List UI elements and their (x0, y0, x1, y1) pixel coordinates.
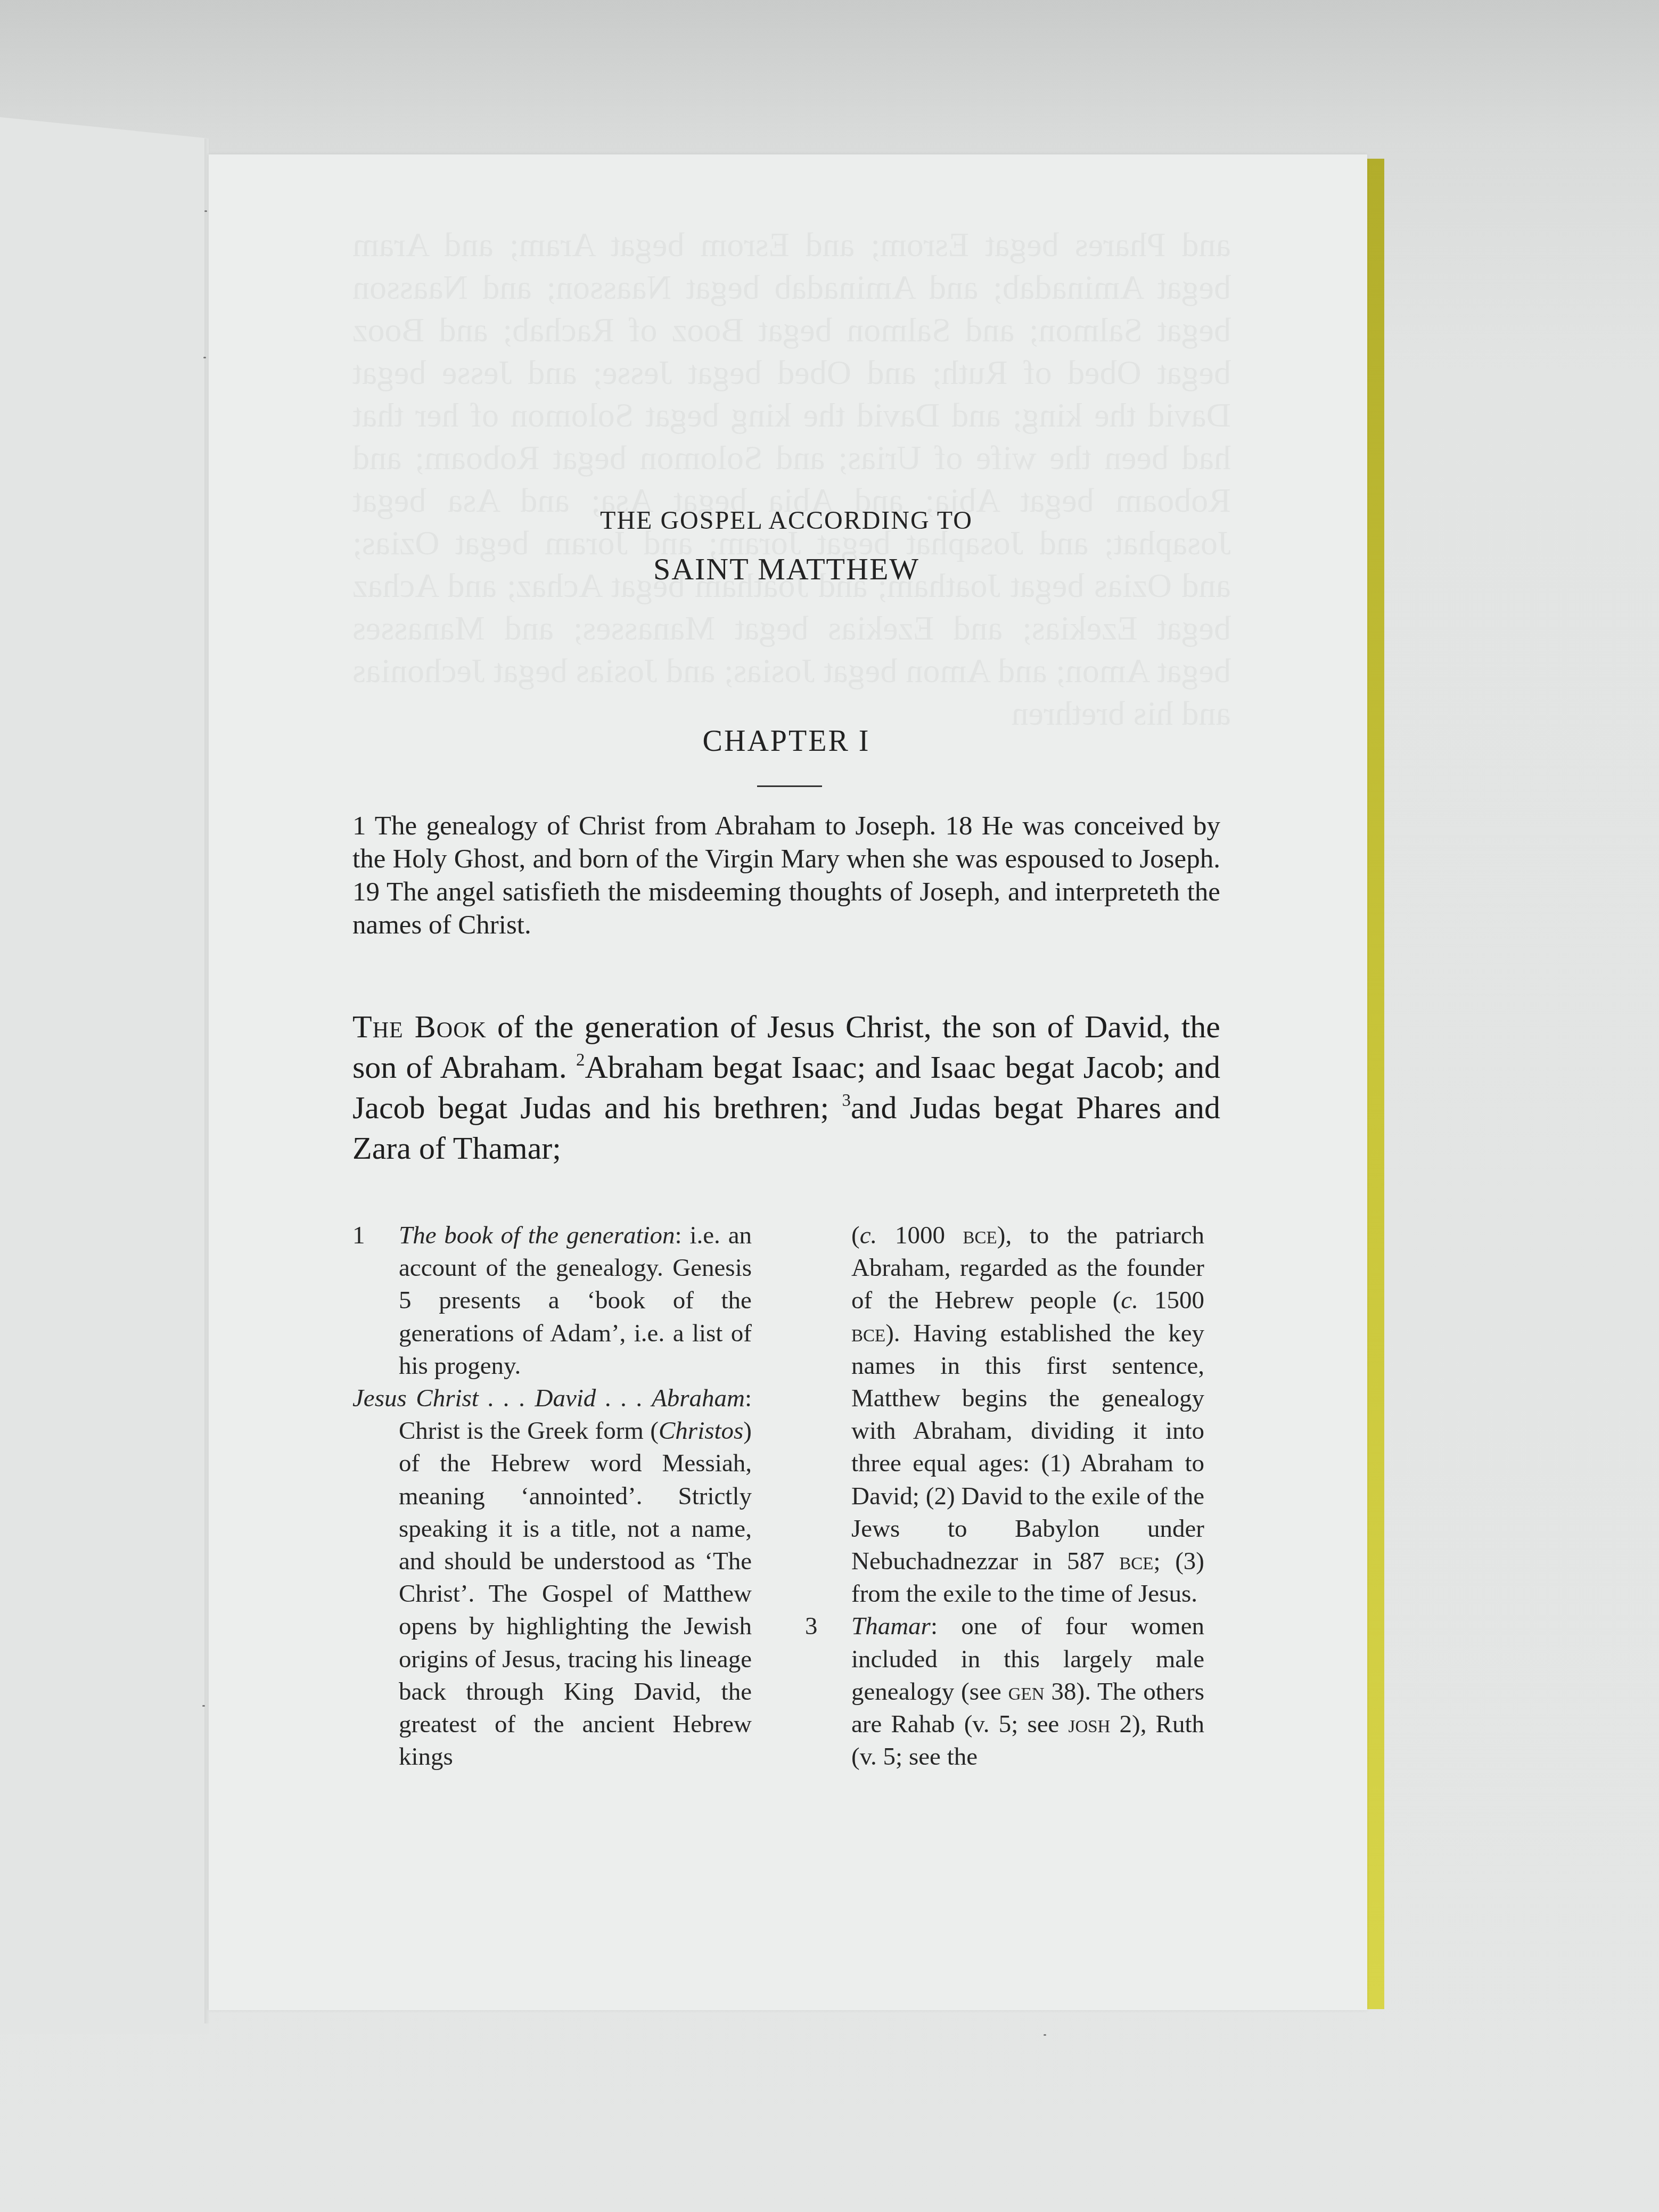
note-reference: josh (1069, 1710, 1111, 1738)
note-smallcaps: bce (1119, 1547, 1153, 1575)
note-lemma: Jesus Christ . . . David . . . Abraham (352, 1384, 745, 1412)
note-number: 3 (805, 1610, 818, 1643)
note-smallcaps: bce (851, 1320, 885, 1347)
book-page: and Phares begat Esrom; and Esrom begat … (209, 154, 1367, 2010)
note-1-continued: (c. 1000 bce), to the patriarch Abraham,… (805, 1219, 1204, 1610)
note-text: ( (851, 1222, 860, 1249)
note-number: 1 (352, 1219, 365, 1252)
note-1b: Jesus Christ . . . David . . . Abraham: … (352, 1382, 752, 1773)
note-text: ) of the Hebrew word Messiah, meaning ‘a… (399, 1417, 752, 1771)
verse-number: 3 (842, 1091, 851, 1110)
binding-thread (202, 1705, 205, 1707)
binding-thread (203, 357, 206, 358)
notes-column-left: 1The book of the generation: i.e. an acc… (352, 1219, 752, 1773)
notes-column-right: (c. 1000 bce), to the patriarch Abraham,… (805, 1219, 1204, 1773)
chapter-heading: CHAPTER I (352, 724, 1220, 758)
show-through-text: and Phares begat Esrom; and Esrom begat … (352, 224, 1231, 735)
chapter-rule (757, 785, 822, 787)
chapter-summary: 1 The genealogy of Christ from Abraham t… (352, 809, 1220, 941)
note-lemma: Thamar (851, 1612, 931, 1640)
left-page (0, 117, 209, 2034)
note-reference: gen (1008, 1678, 1045, 1706)
note-smallcaps: bce (963, 1222, 997, 1249)
gospel-title: SAINT MATTHEW (352, 551, 1220, 587)
note-text: 1500 (1138, 1287, 1204, 1314)
scripture-lead: The Book (352, 1009, 487, 1044)
verse-number: 2 (576, 1051, 585, 1070)
note-text: 1000 (877, 1222, 963, 1249)
note-lemma: The book of the generation (399, 1222, 675, 1249)
gospel-heading: THE GOSPEL ACCORDING TO (352, 506, 1220, 535)
note-text: ). Having established the key names in t… (851, 1320, 1204, 1575)
scripture-text: The Book of the generation of Jesus Chri… (352, 1006, 1220, 1168)
note-italic: c. (1121, 1287, 1138, 1314)
note-1: 1The book of the generation: i.e. an acc… (352, 1219, 752, 1382)
note-italic: c. (860, 1222, 877, 1249)
yellow-cover-edge (1366, 159, 1384, 2009)
binding-thread (204, 210, 207, 212)
dust-speck (1044, 2034, 1046, 2036)
note-3: 3Thamar: one of four women included in t… (805, 1610, 1204, 1773)
note-italic: Christos (659, 1417, 743, 1445)
